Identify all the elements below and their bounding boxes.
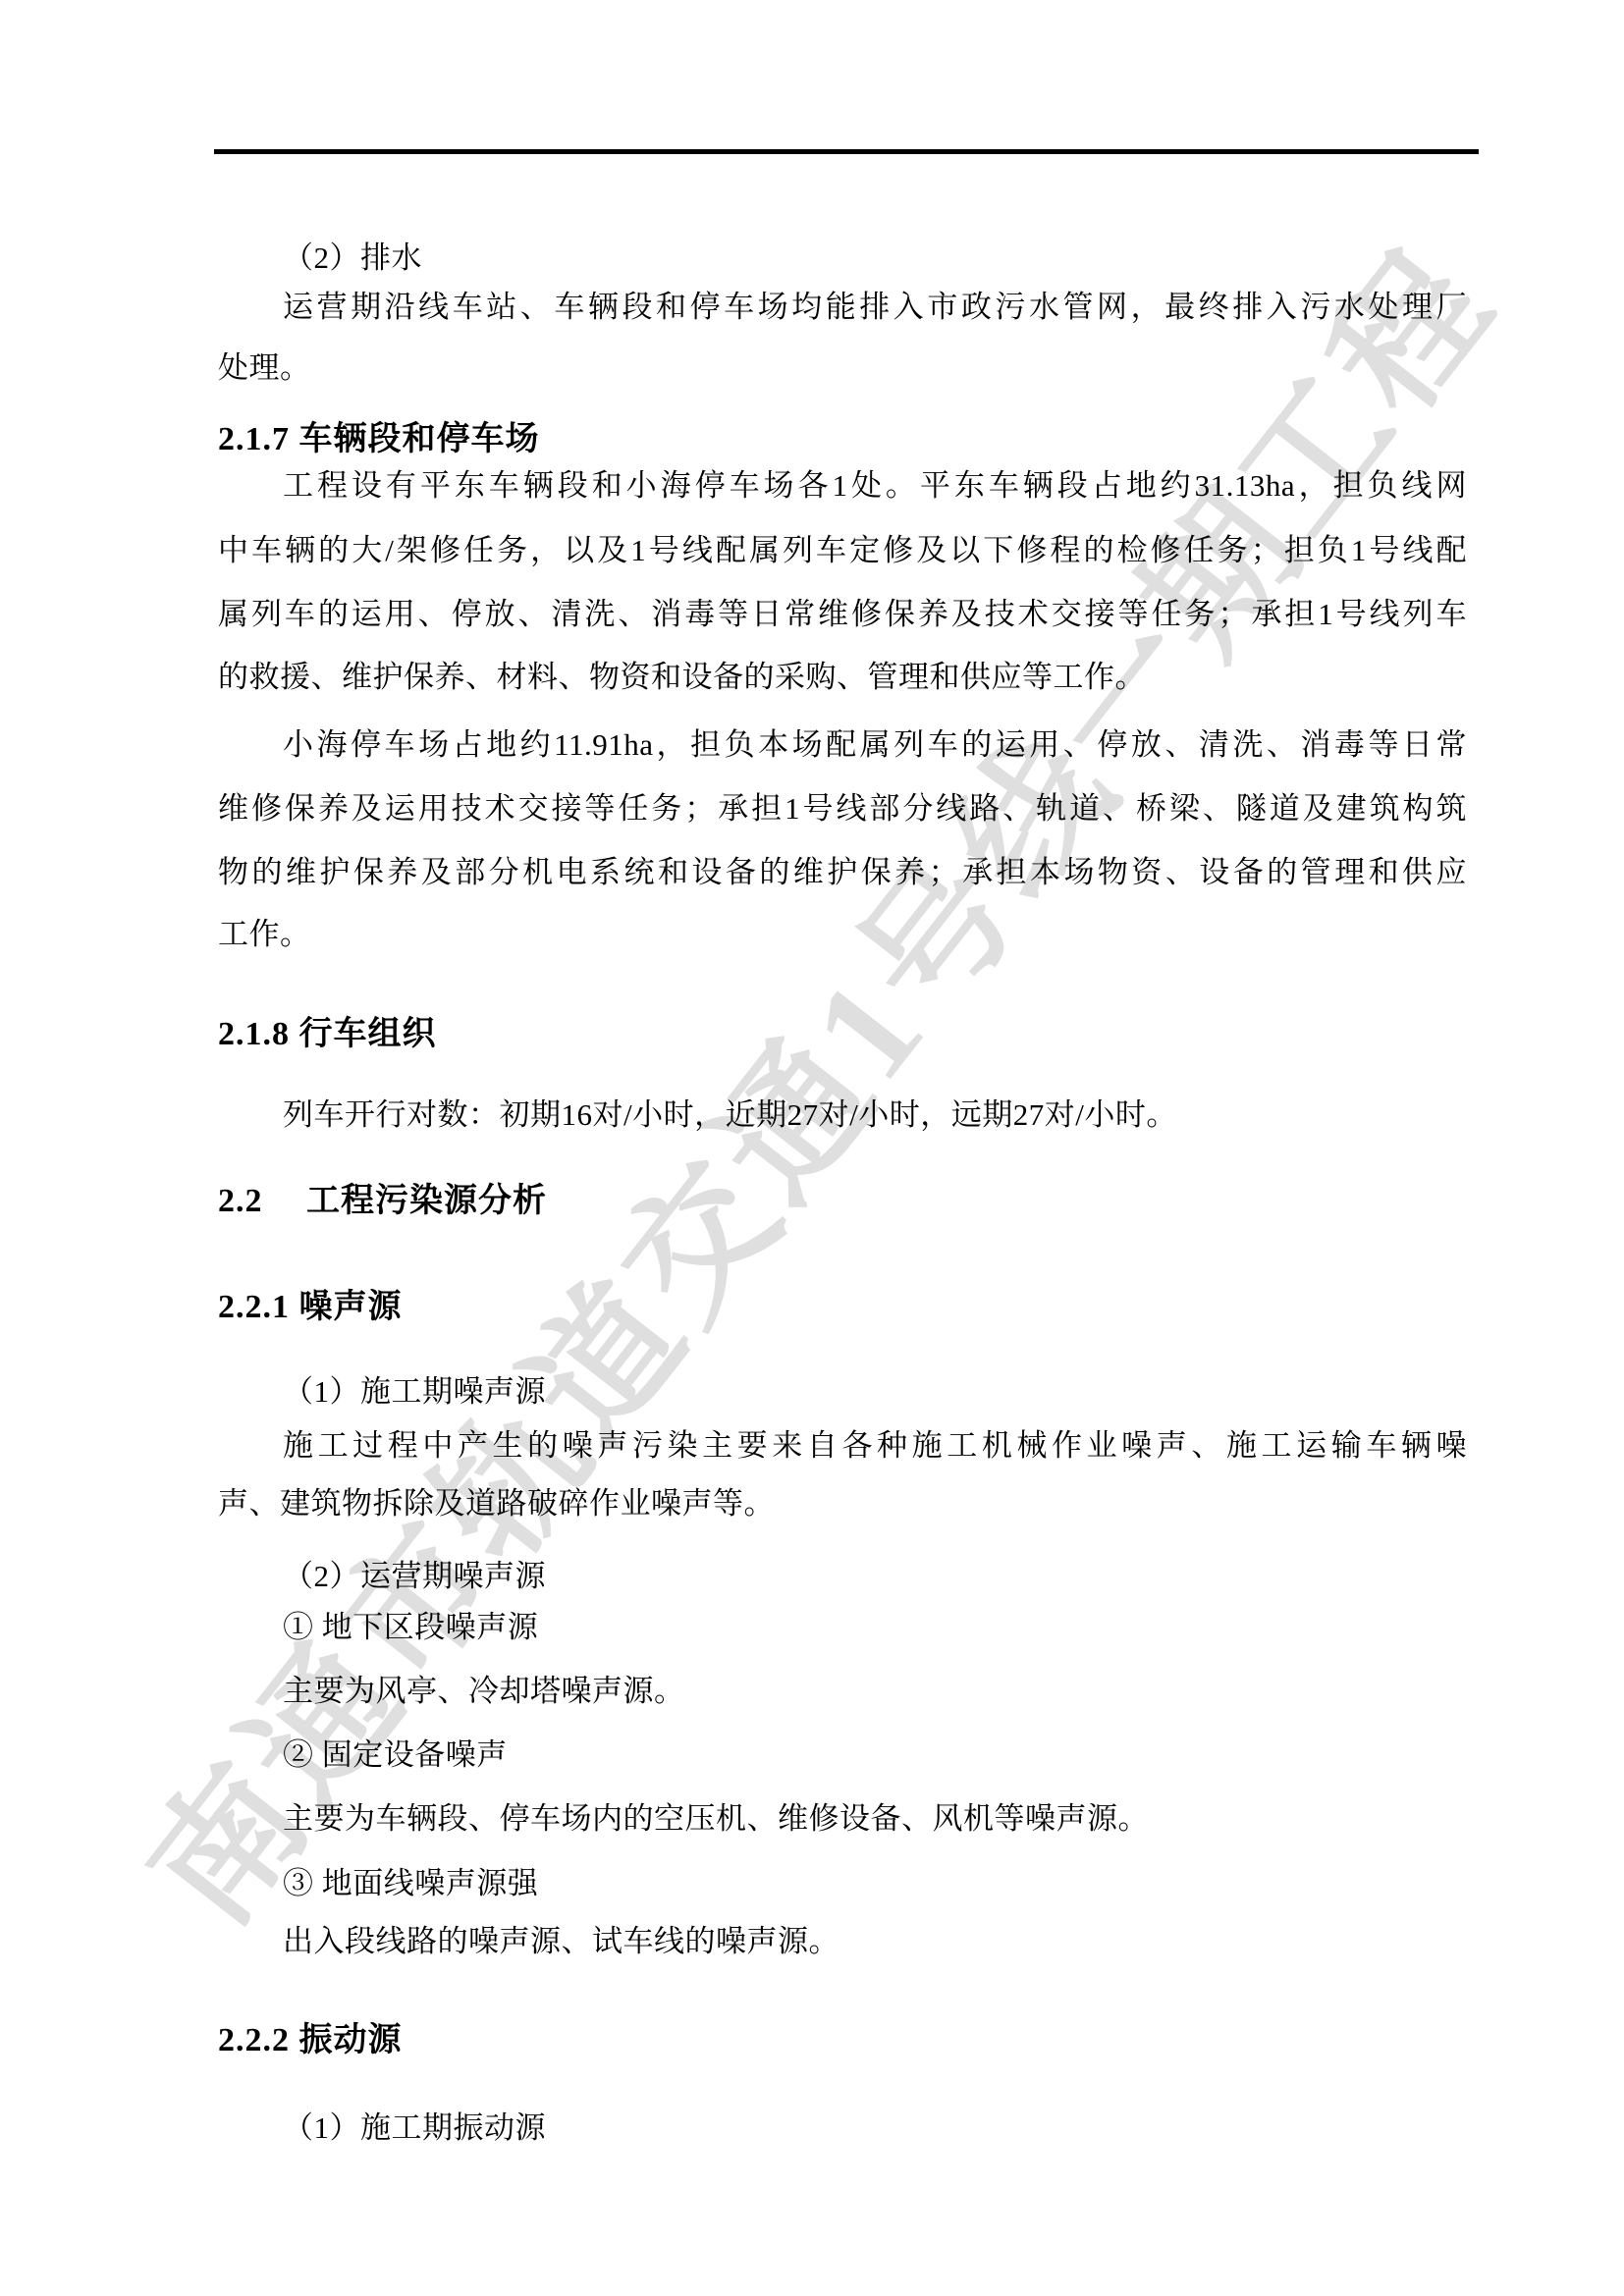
depot-paragraph-line-2: 中车辆的大/架修任务，以及1号线配属列车定修及以下修程的检修任务；担负1号线配: [218, 528, 1467, 573]
construction-noise-line-1: 施工过程中产生的噪声污染主要来自各种施工机械作业噪声、施工运输车辆噪: [218, 1423, 1467, 1468]
parking-lot-paragraph-line-3: 物的维护保养及部分机电系统和设备的维护保养；承担本场物资、设备的管理和供应: [218, 850, 1467, 895]
item-1-construction-noise-label: （1）施工期噪声源: [218, 1369, 546, 1415]
item-circ2-fixed-equipment-noise: ② 固定设备噪声: [218, 1733, 508, 1778]
depot-paragraph-line-4: 的救援、维护保养、材料、物资和设备的采购、管理和供应等工作。: [218, 655, 1146, 700]
heading-2-2-1-noise-sources: 2.2.1 噪声源: [218, 1284, 403, 1331]
item-2-drainage-label: （2）排水: [218, 236, 422, 281]
heading-2-1-7-depot-parking: 2.1.7 车辆段和停车场: [218, 416, 540, 463]
heading-2-1-8-train-operation: 2.1.8 行车组织: [218, 1011, 437, 1058]
construction-noise-line-2: 声、建筑物拆除及道路破碎作业噪声等。: [218, 1481, 775, 1526]
parking-lot-paragraph-line-4: 工作。: [218, 912, 311, 957]
item-2-operation-noise-label: （2）运营期噪声源: [218, 1554, 546, 1599]
fixed-equipment-noise-desc: 主要为车辆段、停车场内的空压机、维修设备、风机等噪声源。: [218, 1796, 1149, 1842]
item-1-construction-vibration-label: （1）施工期振动源: [218, 2106, 546, 2151]
underground-noise-desc: 主要为风亭、冷却塔噪声源。: [218, 1669, 685, 1714]
parking-lot-paragraph-line-1: 小海停车场占地约11.91ha，担负本场配属列车的运用、停放、清洗、消毒等日常: [218, 722, 1467, 768]
heading-2-2-2-vibration-sources: 2.2.2 振动源: [218, 2017, 403, 2064]
train-operation-line: 列车开行对数：初期16对/小时，近期27对/小时，远期27对/小时。: [218, 1093, 1177, 1138]
drainage-paragraph-line-1: 运营期沿线车站、车辆段和停车场均能排入市政污水管网，最终排入污水处理厂: [218, 285, 1467, 330]
document-page: 南通市轨道交通1号线一期工程 （2）排水 运营期沿线车站、车辆段和停车场均能排入…: [0, 0, 1624, 2296]
depot-paragraph-line-3: 属列车的运用、停放、清洗、消毒等日常维修保养及技术交接等任务；承担1号线列车: [218, 592, 1467, 637]
item-circ3-ground-line-noise: ③ 地面线噪声源强: [218, 1861, 538, 1906]
drainage-paragraph-line-2: 处理。: [218, 346, 311, 391]
header-rule: [214, 149, 1479, 154]
depot-paragraph-line-1: 工程设有平东车辆段和小海停车场各1处。平东车辆段占地约31.13ha，担负线网: [218, 463, 1467, 508]
heading-2-2-pollution-sources: 2.2 工程污染源分析: [218, 1178, 547, 1225]
item-circ1-underground-noise: ① 地下区段噪声源: [218, 1605, 538, 1650]
parking-lot-paragraph-line-2: 维修保养及运用技术交接等任务；承担1号线部分线路、轨道、桥梁、隧道及建筑构筑: [218, 786, 1467, 831]
ground-line-noise-desc: 出入段线路的噪声源、试车线的噪声源。: [218, 1919, 839, 1964]
